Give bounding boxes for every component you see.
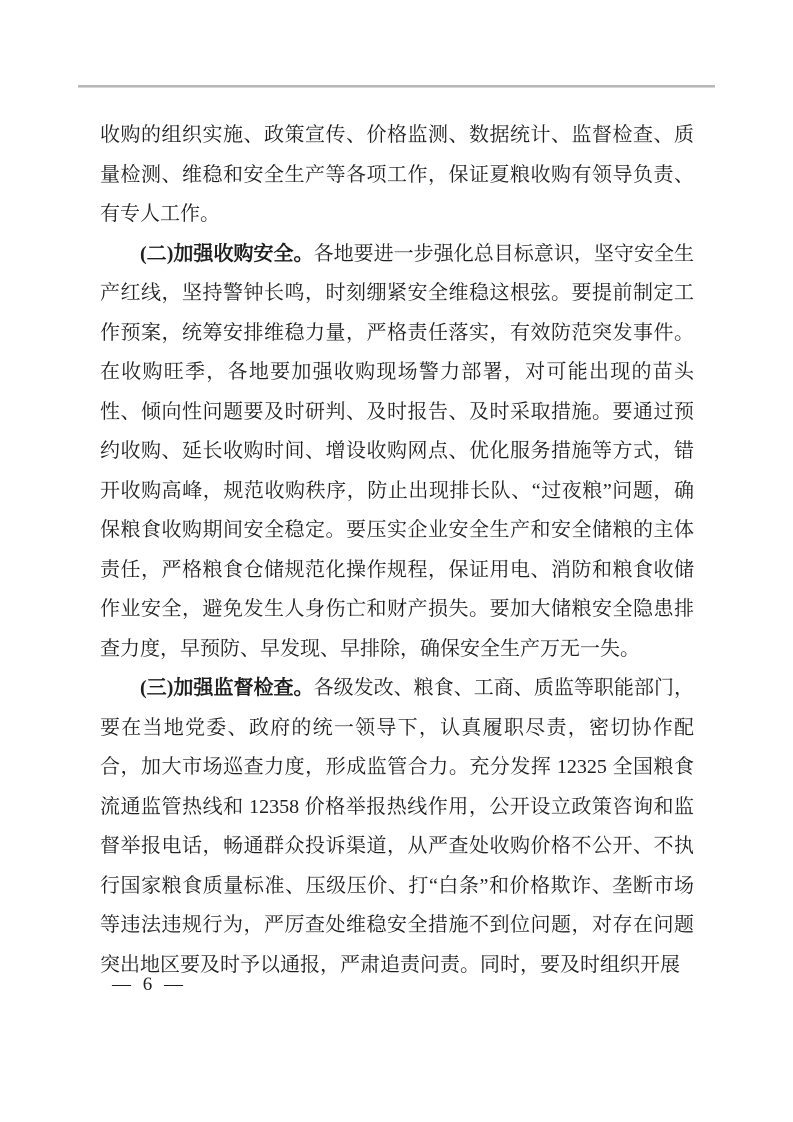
paragraph-text: 收购的组织实施、政策宣传、价格监测、数据统计、监督检查、质量检测、维稳和安全生产… bbox=[100, 124, 694, 225]
section-3-heading: (三)加强监督检查。 bbox=[140, 677, 314, 699]
paragraph-section-2: (二)加强收购安全。各地要进一步强化总目标意识，坚守安全生产红线，坚持警钟长鸣，… bbox=[100, 235, 694, 670]
header-divider-line bbox=[78, 85, 715, 88]
document-body: 收购的组织实施、政策宣传、价格监测、数据统计、监督检查、质量检测、维稳和安全生产… bbox=[100, 116, 694, 985]
paragraph-section-3: (三)加强监督检查。各级发改、粮食、工商、质监等职能部门，要在当地党委、政府的统… bbox=[100, 669, 694, 985]
paragraph-continuation: 收购的组织实施、政策宣传、价格监测、数据统计、监督检查、质量检测、维稳和安全生产… bbox=[100, 116, 694, 235]
paragraph-text: 各地要进一步强化总目标意识，坚守安全生产红线，坚持警钟长鸣，时刻绷紧安全维稳这根… bbox=[100, 243, 694, 660]
page-number: — 6 — bbox=[112, 972, 183, 998]
paragraph-text: 各级发改、粮食、工商、质监等职能部门，要在当地党委、政府的统一领导下，认真履职尽… bbox=[100, 677, 694, 976]
document-page: 收购的组织实施、政策宣传、价格监测、数据统计、监督检查、质量检测、维稳和安全生产… bbox=[0, 0, 793, 1122]
section-2-heading: (二)加强收购安全。 bbox=[140, 243, 314, 265]
